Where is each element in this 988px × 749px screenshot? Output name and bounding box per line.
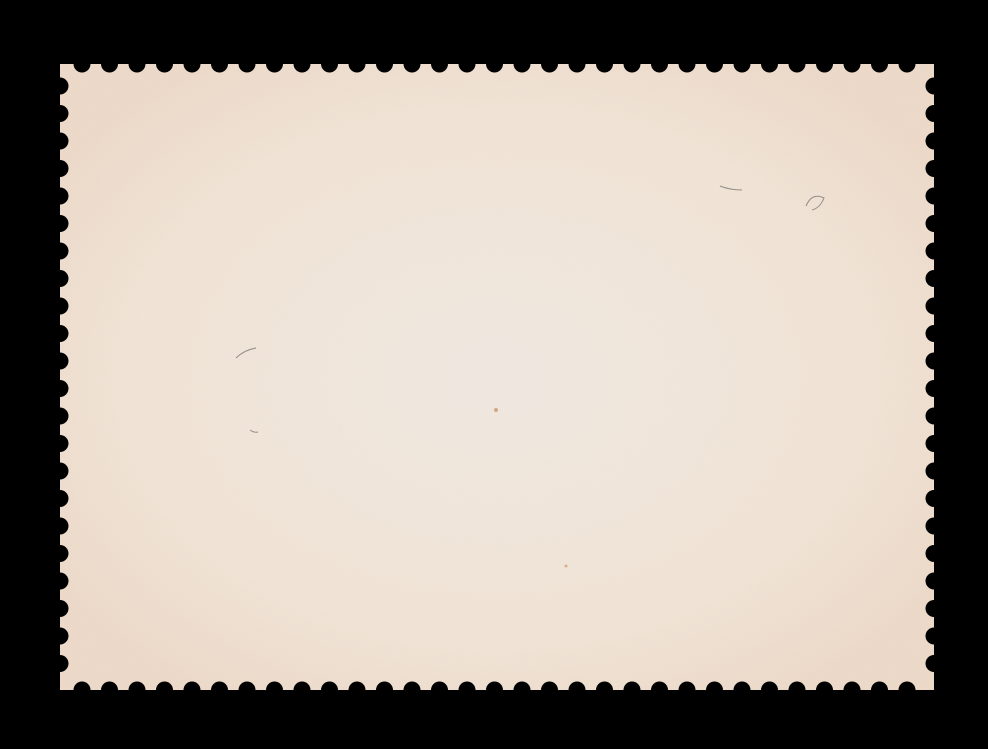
photo-scene: [0, 0, 988, 749]
postage-stamp-back: [0, 0, 988, 749]
